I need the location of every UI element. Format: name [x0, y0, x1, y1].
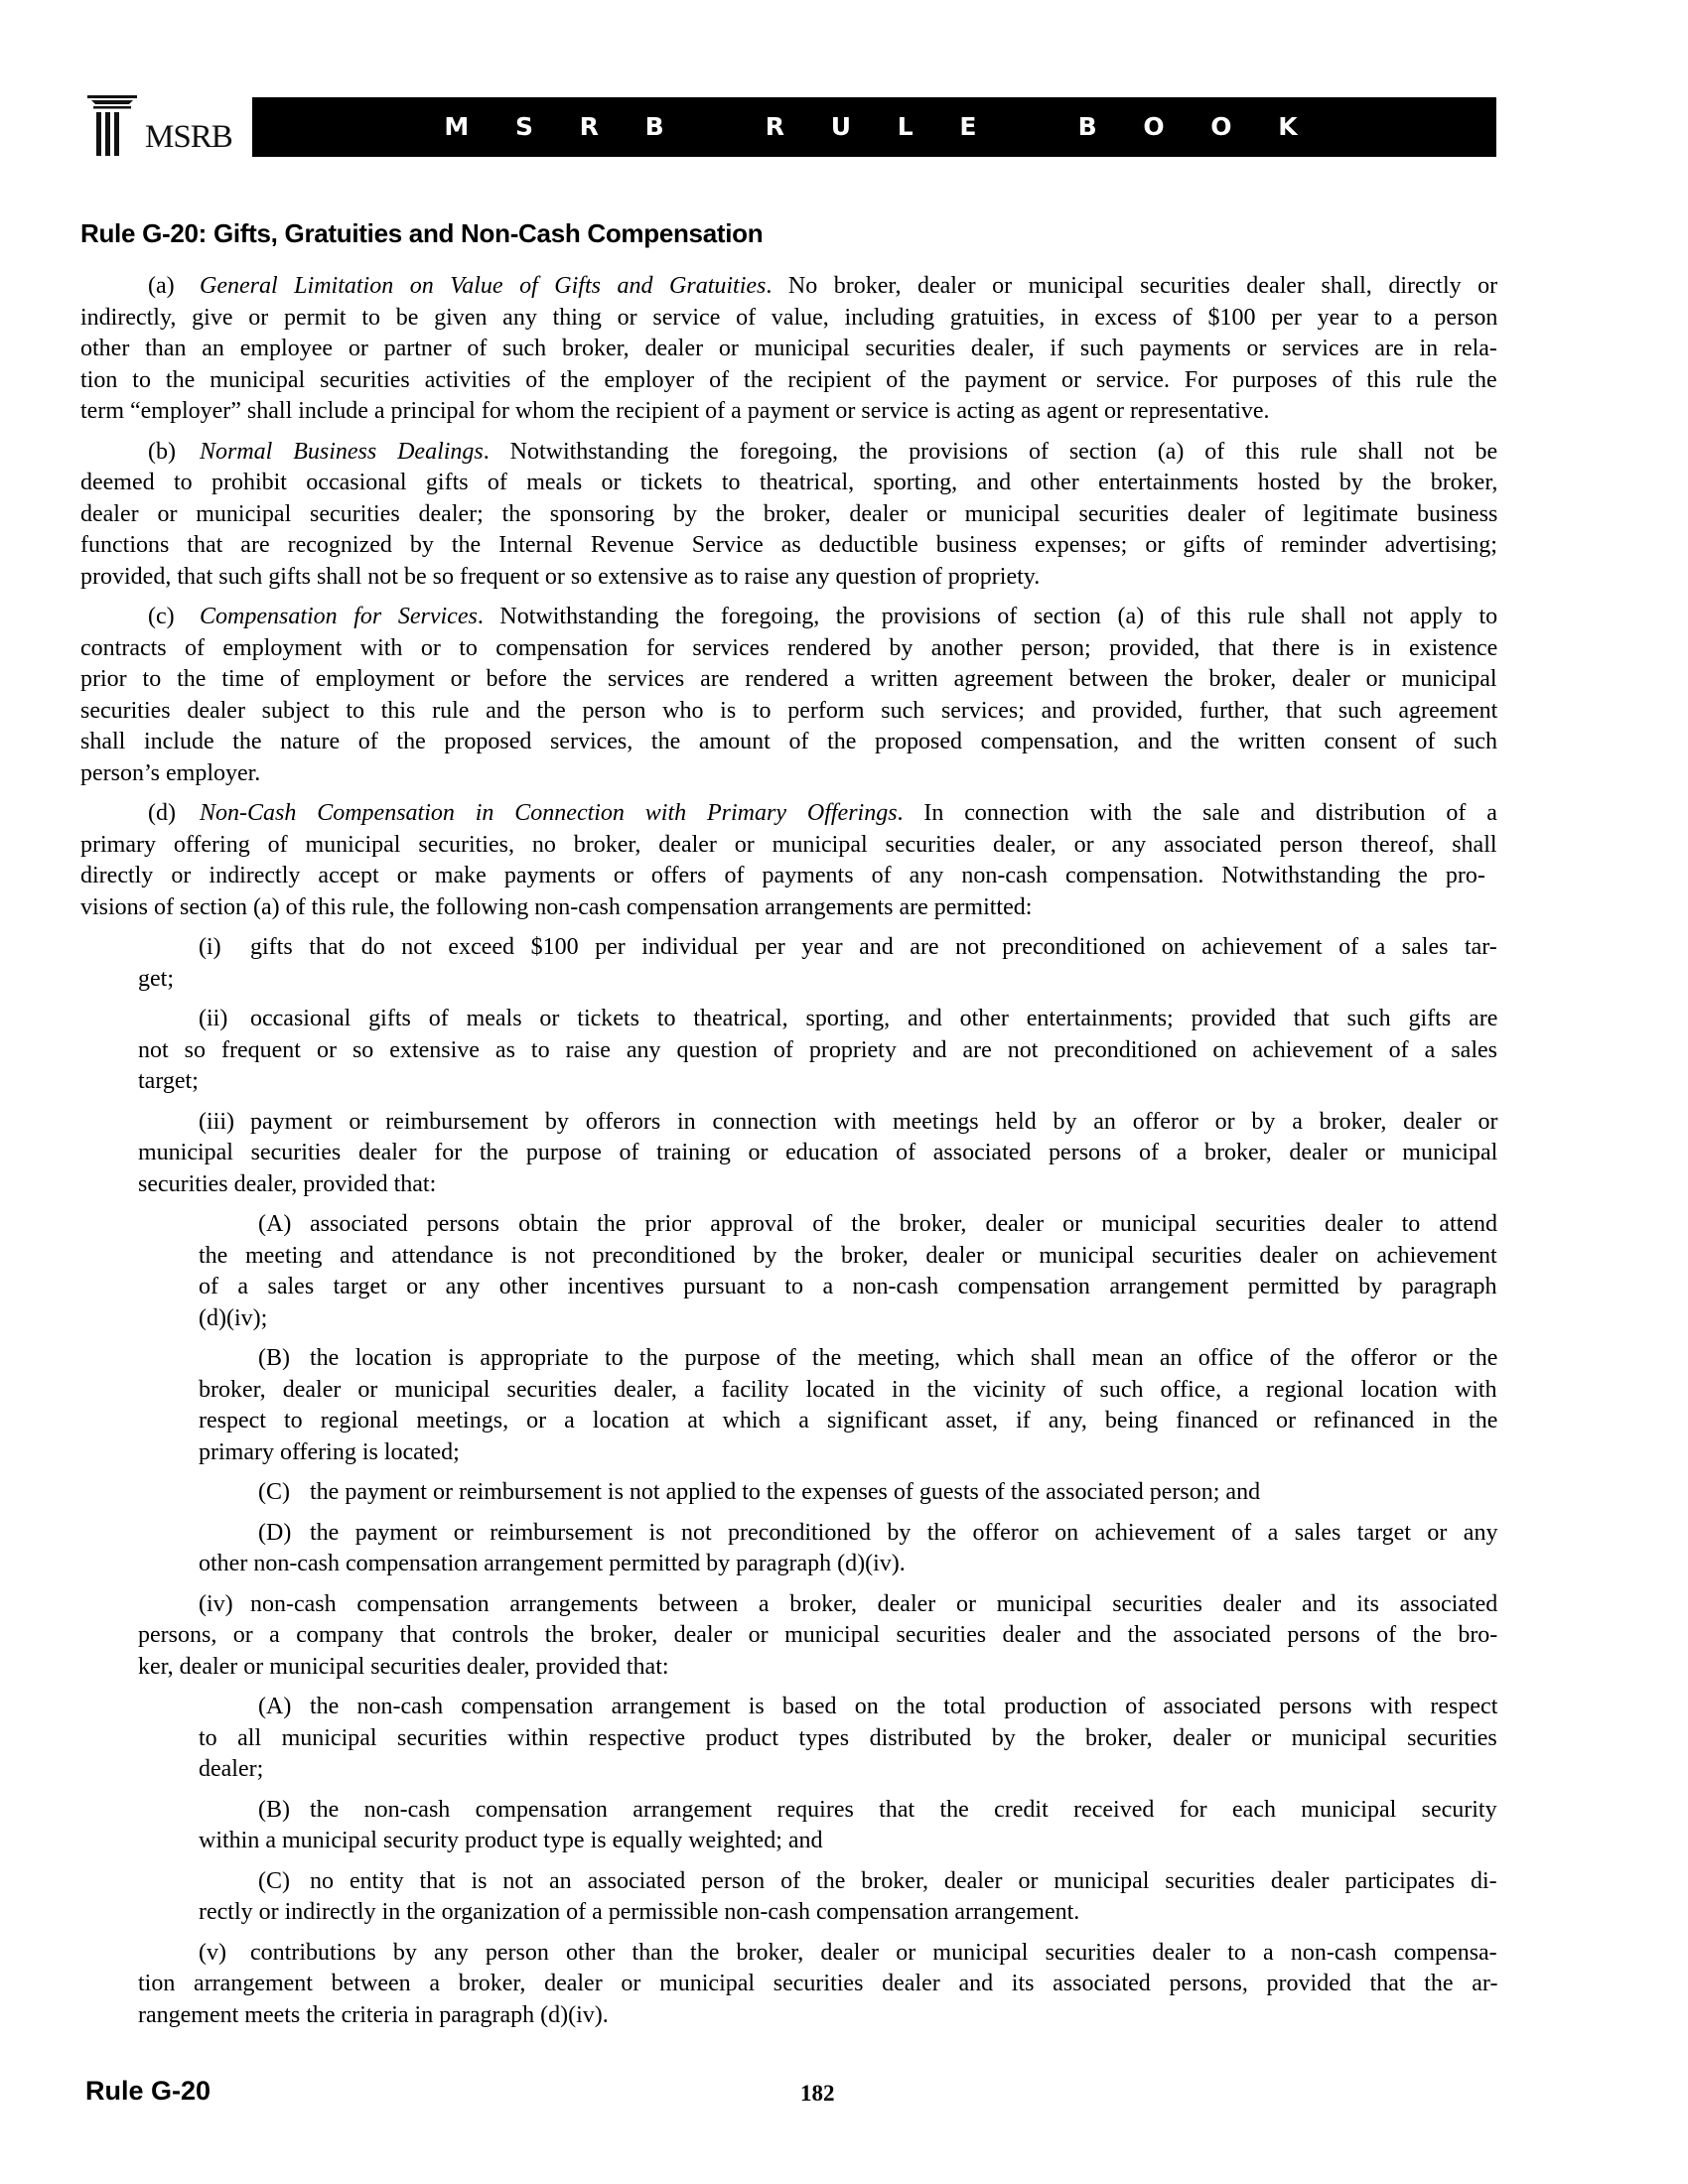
paragraph-marker: (ii): [199, 1004, 250, 1035]
line-text: In connection with the sale and distribu…: [923, 800, 1497, 826]
line-text: non-cash compensation arrangements betwe…: [250, 1591, 1497, 1617]
line-text: tion to the municipal securities activit…: [80, 367, 1497, 393]
line-text: no entity that is not an associated pers…: [310, 1868, 1497, 1894]
text-line: indirectly, give or permit to be given a…: [80, 303, 1497, 335]
line-text: the payment or reimbursement is not appl…: [310, 1479, 1260, 1505]
line-text: contracts of employment with or to compe…: [80, 635, 1497, 661]
text-line: not so frequent or so extensive as to ra…: [138, 1035, 1497, 1067]
paragraph-marker: (v): [199, 1938, 250, 1970]
line-text: directly or indirectly accept or make pa…: [80, 863, 1485, 888]
line-text: primary offering of municipal securities…: [80, 832, 1497, 858]
msrb-logo: MSRB: [87, 95, 236, 159]
line-text: Notwithstanding the foregoing, the provi…: [499, 604, 1497, 629]
text-line: primary offering is located;: [199, 1437, 1497, 1469]
text-line: target;: [138, 1066, 1497, 1098]
line-text: Notwithstanding the foregoing, the provi…: [510, 439, 1498, 465]
text-line: (a)General Limitation on Value of Gifts …: [80, 271, 1497, 303]
line-text: indirectly, give or permit to be given a…: [80, 305, 1497, 331]
line-text: dealer;: [199, 1756, 263, 1782]
paragraph-heading: Normal Business Dealings: [200, 439, 484, 465]
text-line: securities dealer, provided that:: [138, 1169, 1497, 1201]
text-line: other than an employee or partner of suc…: [80, 334, 1497, 365]
rule-body: (a)General Limitation on Value of Gifts …: [80, 271, 1497, 2031]
line-text: primary offering is located;: [199, 1439, 460, 1465]
paragraph-heading: General Limitation on Value of Gifts and…: [200, 273, 766, 299]
line-text: tion arrangement between a broker, deale…: [138, 1971, 1497, 1996]
line-text: rectly or indirectly in the organization…: [199, 1899, 1079, 1925]
header-banner: M S R B R U L E B O O K: [252, 97, 1496, 157]
text-line: dealer;: [199, 1754, 1497, 1786]
text-line: rectly or indirectly in the organization…: [199, 1897, 1497, 1929]
line-text: target;: [138, 1068, 199, 1094]
text-line: prior to the time of employment or befor…: [80, 664, 1497, 696]
paragraph-marker: (A): [258, 1209, 310, 1241]
line-text: municipal securities dealer for the purp…: [138, 1140, 1497, 1165]
line-text: securities dealer, provided that:: [138, 1171, 436, 1197]
text-line: respect to regional meetings, or a locat…: [199, 1406, 1497, 1437]
paragraph-marker: (iii): [199, 1107, 250, 1139]
text-line: securities dealer subject to this rule a…: [80, 696, 1497, 728]
text-line: (d)(iv);: [199, 1303, 1497, 1335]
text-line: rangement meets the criteria in paragrap…: [138, 2000, 1497, 2032]
text-line: directly or indirectly accept or make pa…: [80, 861, 1497, 892]
text-line: term “employer” shall include a principa…: [80, 396, 1497, 428]
rule-paragraph: (C)no entity that is not an associated p…: [80, 1866, 1497, 1929]
text-line: person’s employer.: [80, 758, 1497, 790]
paragraph-marker: (iv): [199, 1589, 250, 1621]
paragraph-heading: Compensation for Services: [200, 604, 478, 629]
text-line: contracts of employment with or to compe…: [80, 633, 1497, 665]
page-number: 182: [800, 2081, 835, 2107]
text-line: the meeting and attendance is not precon…: [199, 1241, 1497, 1273]
rule-paragraph: (d)Non-Cash Compensation in Connection w…: [80, 798, 1497, 923]
rule-paragraph: (B)the location is appropriate to the pu…: [80, 1343, 1497, 1468]
line-text: No broker, dealer or municipal securitie…: [788, 273, 1497, 299]
line-text: dealer or municipal securities dealer; t…: [80, 501, 1497, 527]
line-text: ker, dealer or municipal securities deal…: [138, 1654, 669, 1680]
line-text: other than an employee or partner of suc…: [80, 336, 1497, 361]
text-line: (A)the non-cash compensation arrangement…: [199, 1692, 1497, 1723]
line-text: shall include the nature of the proposed…: [80, 729, 1497, 754]
line-text: provided, that such gifts shall not be s…: [80, 564, 1040, 590]
line-text: the location is appropriate to the purpo…: [310, 1345, 1497, 1371]
paragraph-marker: (C): [258, 1866, 310, 1898]
text-line: (ii)occasional gifts of meals or tickets…: [138, 1004, 1497, 1035]
paragraph-marker: (d): [148, 798, 200, 830]
footer-rule-label: Rule G-20: [85, 2075, 211, 2107]
text-line: (d)Non-Cash Compensation in Connection w…: [80, 798, 1497, 830]
line-text: payment or reimbursement by offerors in …: [250, 1109, 1497, 1135]
text-line: (i)gifts that do not exceed $100 per ind…: [138, 932, 1497, 964]
rule-paragraph: (iv)non-cash compensation arrangements b…: [80, 1589, 1497, 1684]
line-text: deemed to prohibit occasional gifts of m…: [80, 470, 1497, 495]
paragraph-marker: (i): [199, 932, 250, 964]
text-line: get;: [138, 964, 1497, 996]
paragraph-marker: (b): [148, 437, 200, 469]
line-text: securities dealer subject to this rule a…: [80, 698, 1497, 724]
line-text: broker, dealer or municipal securities d…: [199, 1377, 1497, 1403]
rule-paragraph: (iii)payment or reimbursement by offeror…: [80, 1107, 1497, 1201]
line-text: get;: [138, 966, 174, 992]
line-text: person’s employer.: [80, 760, 260, 786]
paragraph-marker: (C): [258, 1477, 310, 1509]
text-line: of a sales target or any other incentive…: [199, 1272, 1497, 1303]
paragraph-marker: (D): [258, 1518, 310, 1550]
line-text: within a municipal security product type…: [199, 1828, 823, 1853]
line-text: the non-cash compensation arrangement is…: [310, 1694, 1497, 1719]
page-title: Rule G-20: Gifts, Gratuities and Non-Cas…: [80, 216, 763, 250]
text-line: (v)contributions by any person other tha…: [138, 1938, 1497, 1970]
line-text: the payment or reimbursement is not prec…: [310, 1520, 1497, 1546]
rule-paragraph: (b)Normal Business Dealings. Notwithstan…: [80, 437, 1497, 594]
text-line: dealer or municipal securities dealer; t…: [80, 499, 1497, 531]
text-line: (C)the payment or reimbursement is not a…: [199, 1477, 1497, 1509]
rule-paragraph: (v)contributions by any person other tha…: [80, 1938, 1497, 2032]
text-line: persons, or a company that controls the …: [138, 1620, 1497, 1652]
text-line: tion arrangement between a broker, deale…: [138, 1969, 1497, 2000]
text-line: (C)no entity that is not an associated p…: [199, 1866, 1497, 1898]
line-text: (d)(iv);: [199, 1305, 267, 1331]
line-text: prior to the time of employment or befor…: [80, 666, 1497, 692]
line-text: not so frequent or so extensive as to ra…: [138, 1037, 1497, 1063]
text-line: broker, dealer or municipal securities d…: [199, 1375, 1497, 1407]
line-text: to all municipal securities within respe…: [199, 1725, 1497, 1751]
paragraph-marker: (a): [148, 271, 200, 303]
line-text: other non-cash compensation arrangement …: [199, 1551, 906, 1576]
text-line: (A)associated persons obtain the prior a…: [199, 1209, 1497, 1241]
text-line: (D)the payment or reimbursement is not p…: [199, 1518, 1497, 1550]
rule-paragraph: (C)the payment or reimbursement is not a…: [80, 1477, 1497, 1509]
column-icon: [87, 95, 141, 159]
text-line: municipal securities dealer for the purp…: [138, 1138, 1497, 1169]
text-line: (iii)payment or reimbursement by offeror…: [138, 1107, 1497, 1139]
text-line: other non-cash compensation arrangement …: [199, 1549, 1497, 1580]
text-line: tion to the municipal securities activit…: [80, 365, 1497, 397]
line-text: contributions by any person other than t…: [250, 1940, 1497, 1966]
rule-paragraph: (B)the non-cash compensation arrangement…: [80, 1795, 1497, 1857]
line-text: respect to regional meetings, or a locat…: [199, 1408, 1497, 1433]
logo-text: MSRB: [145, 121, 232, 154]
line-text: rangement meets the criteria in paragrap…: [138, 2002, 609, 2028]
text-line: visions of section (a) of this rule, the…: [80, 892, 1497, 924]
text-line: within a municipal security product type…: [199, 1826, 1497, 1857]
banner-title: M S R B R U L E B O O K: [252, 97, 1496, 157]
line-text: occasional gifts of meals or tickets to …: [250, 1006, 1497, 1031]
text-line: deemed to prohibit occasional gifts of m…: [80, 468, 1497, 499]
text-line: (c)Compensation for Services. Notwithsta…: [80, 602, 1497, 633]
paragraph-marker: (A): [258, 1692, 310, 1723]
text-line: functions that are recognized by the Int…: [80, 530, 1497, 562]
rule-paragraph: (a)General Limitation on Value of Gifts …: [80, 271, 1497, 428]
line-text: the meeting and attendance is not precon…: [199, 1243, 1497, 1269]
rule-paragraph: (D)the payment or reimbursement is not p…: [80, 1518, 1497, 1580]
line-text: visions of section (a) of this rule, the…: [80, 894, 1032, 920]
paragraph-marker: (B): [258, 1795, 310, 1827]
line-text: of a sales target or any other incentive…: [199, 1274, 1497, 1299]
text-line: ker, dealer or municipal securities deal…: [138, 1652, 1497, 1684]
rule-paragraph: (i)gifts that do not exceed $100 per ind…: [80, 932, 1497, 995]
text-line: (B)the non-cash compensation arrangement…: [199, 1795, 1497, 1827]
line-text: the non-cash compensation arrangement re…: [310, 1797, 1497, 1823]
text-line: primary offering of municipal securities…: [80, 830, 1497, 862]
line-text: gifts that do not exceed $100 per indivi…: [250, 934, 1497, 960]
line-text: term “employer” shall include a principa…: [80, 398, 1270, 424]
rule-paragraph: (A)associated persons obtain the prior a…: [80, 1209, 1497, 1334]
line-text: functions that are recognized by the Int…: [80, 532, 1497, 558]
line-text: associated persons obtain the prior appr…: [310, 1211, 1497, 1237]
paragraph-marker: (B): [258, 1343, 310, 1375]
rule-paragraph: (c)Compensation for Services. Notwithsta…: [80, 602, 1497, 789]
rule-paragraph: (A)the non-cash compensation arrangement…: [80, 1692, 1497, 1786]
text-line: (B)the location is appropriate to the pu…: [199, 1343, 1497, 1375]
paragraph-marker: (c): [148, 602, 200, 633]
line-text: persons, or a company that controls the …: [138, 1622, 1497, 1648]
text-line: provided, that such gifts shall not be s…: [80, 562, 1497, 594]
rule-paragraph: (ii)occasional gifts of meals or tickets…: [80, 1004, 1497, 1098]
text-line: to all municipal securities within respe…: [199, 1723, 1497, 1755]
text-line: (iv)non-cash compensation arrangements b…: [138, 1589, 1497, 1621]
text-line: shall include the nature of the proposed…: [80, 727, 1497, 758]
paragraph-heading: Non-Cash Compensation in Connection with…: [200, 800, 898, 826]
text-line: (b)Normal Business Dealings. Notwithstan…: [80, 437, 1497, 469]
